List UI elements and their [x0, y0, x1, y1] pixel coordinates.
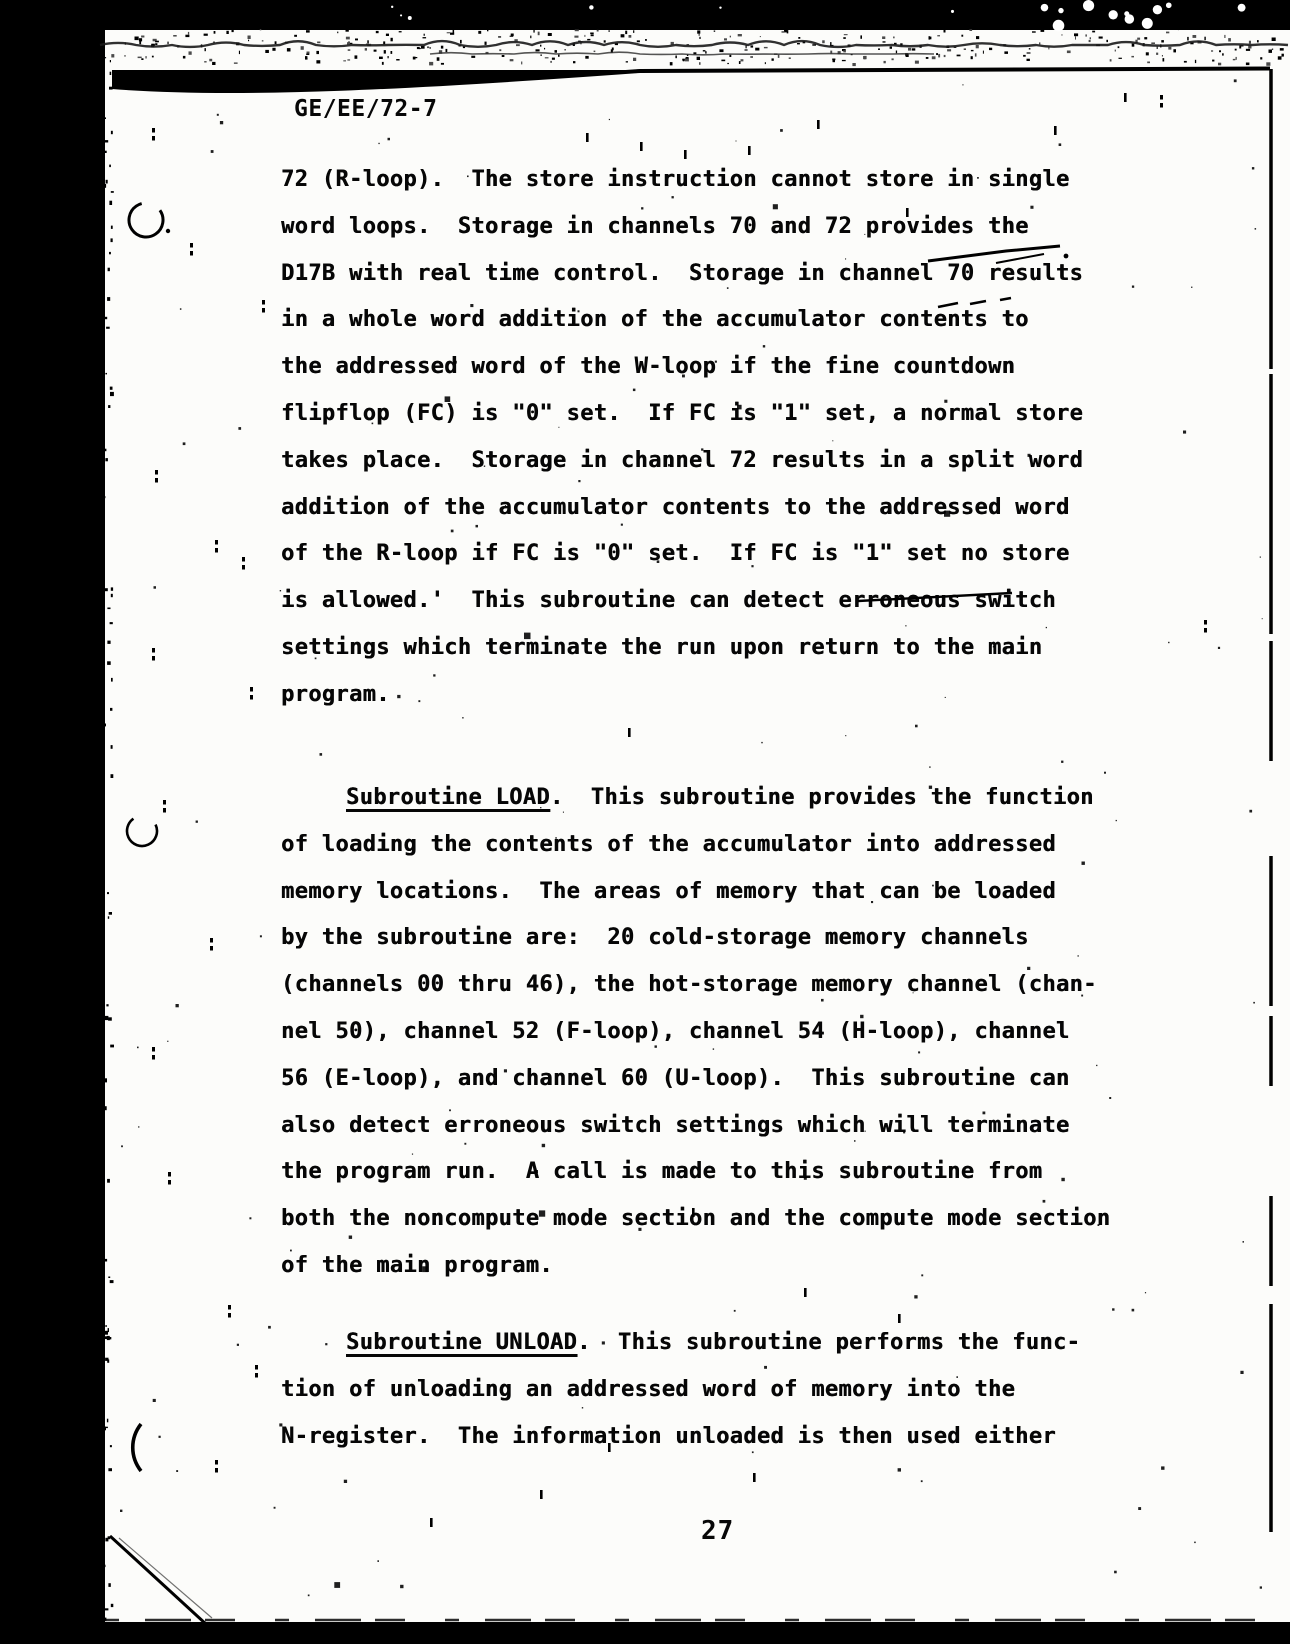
text-line: flipflop (FC) is "0" set. If FC is "1" s… [281, 399, 1151, 446]
text-line: addition of the accumulator contents to … [281, 493, 1151, 540]
text-line: takes place. Storage in channel 72 resul… [281, 446, 1151, 493]
text-line: D17B with real time control. Storage in … [281, 259, 1151, 306]
text-line: the program run. A call is made to this … [281, 1157, 1151, 1204]
text-line: settings which terminate the run upon re… [281, 633, 1151, 680]
scan-border-top [0, 0, 1290, 30]
subroutine-unload-title: Subroutine UNLOAD [346, 1330, 577, 1355]
text-line: word loops. Storage in channels 70 and 7… [281, 212, 1151, 259]
text-line: program. [281, 680, 1151, 727]
text-line: is allowed.' This subroutine can detect … [281, 586, 1151, 633]
paragraph-store: 72 (R-loop). The store instruction canno… [281, 165, 1151, 727]
text-line: in a whole word addition of the accumula… [281, 305, 1151, 352]
paragraph-subroutine-load: Subroutine LOAD. This subroutine provide… [281, 783, 1151, 1298]
paragraph-subroutine-unload: Subroutine UNLOAD. This subroutine perfo… [281, 1328, 1151, 1468]
scanned-document-page: GE/EE/72-7 72 (R-loop). The store instru… [0, 0, 1290, 1644]
lead-rest: . This subroutine provides the function [550, 785, 1094, 810]
text-line: memory locations. The areas of memory th… [281, 877, 1151, 924]
lead-rest: . This subroutine performs the func- [577, 1330, 1080, 1355]
text-line: by the subroutine are: 20 cold-storage m… [281, 923, 1151, 970]
text-line: (channels 00 thru 46), the hot-storage m… [281, 970, 1151, 1017]
text-line: of the R-loop if FC is "0" set. If FC is… [281, 539, 1151, 586]
paragraph-lead-line: Subroutine LOAD. This subroutine provide… [281, 783, 1151, 830]
subroutine-load-title: Subroutine LOAD [346, 785, 550, 810]
text-line: 72 (R-loop). The store instruction canno… [281, 165, 1151, 212]
text-line: nel 50), channel 52 (F-loop), channel 54… [281, 1017, 1151, 1064]
text-line: of the main program. [281, 1251, 1151, 1298]
scan-border-bottom [0, 1622, 1290, 1644]
text-line: tion of unloading an addressed word of m… [281, 1375, 1151, 1422]
scan-border-left [0, 0, 105, 1644]
page-number: 27 [701, 1516, 734, 1546]
text-line: of loading the contents of the accumulat… [281, 830, 1151, 877]
paragraph-lead-line: Subroutine UNLOAD. This subroutine perfo… [281, 1328, 1151, 1375]
text-line: both the noncompute mode section and the… [281, 1204, 1151, 1251]
text-line: N-register. The information unloaded is … [281, 1422, 1151, 1469]
text-line: 56 (E-loop), and channel 60 (U-loop). Th… [281, 1064, 1151, 1111]
text-line: also detect erroneous switch settings wh… [281, 1111, 1151, 1158]
document-number: GE/EE/72-7 [294, 96, 437, 122]
text-line: the addressed word of the W-loop if the … [281, 352, 1151, 399]
